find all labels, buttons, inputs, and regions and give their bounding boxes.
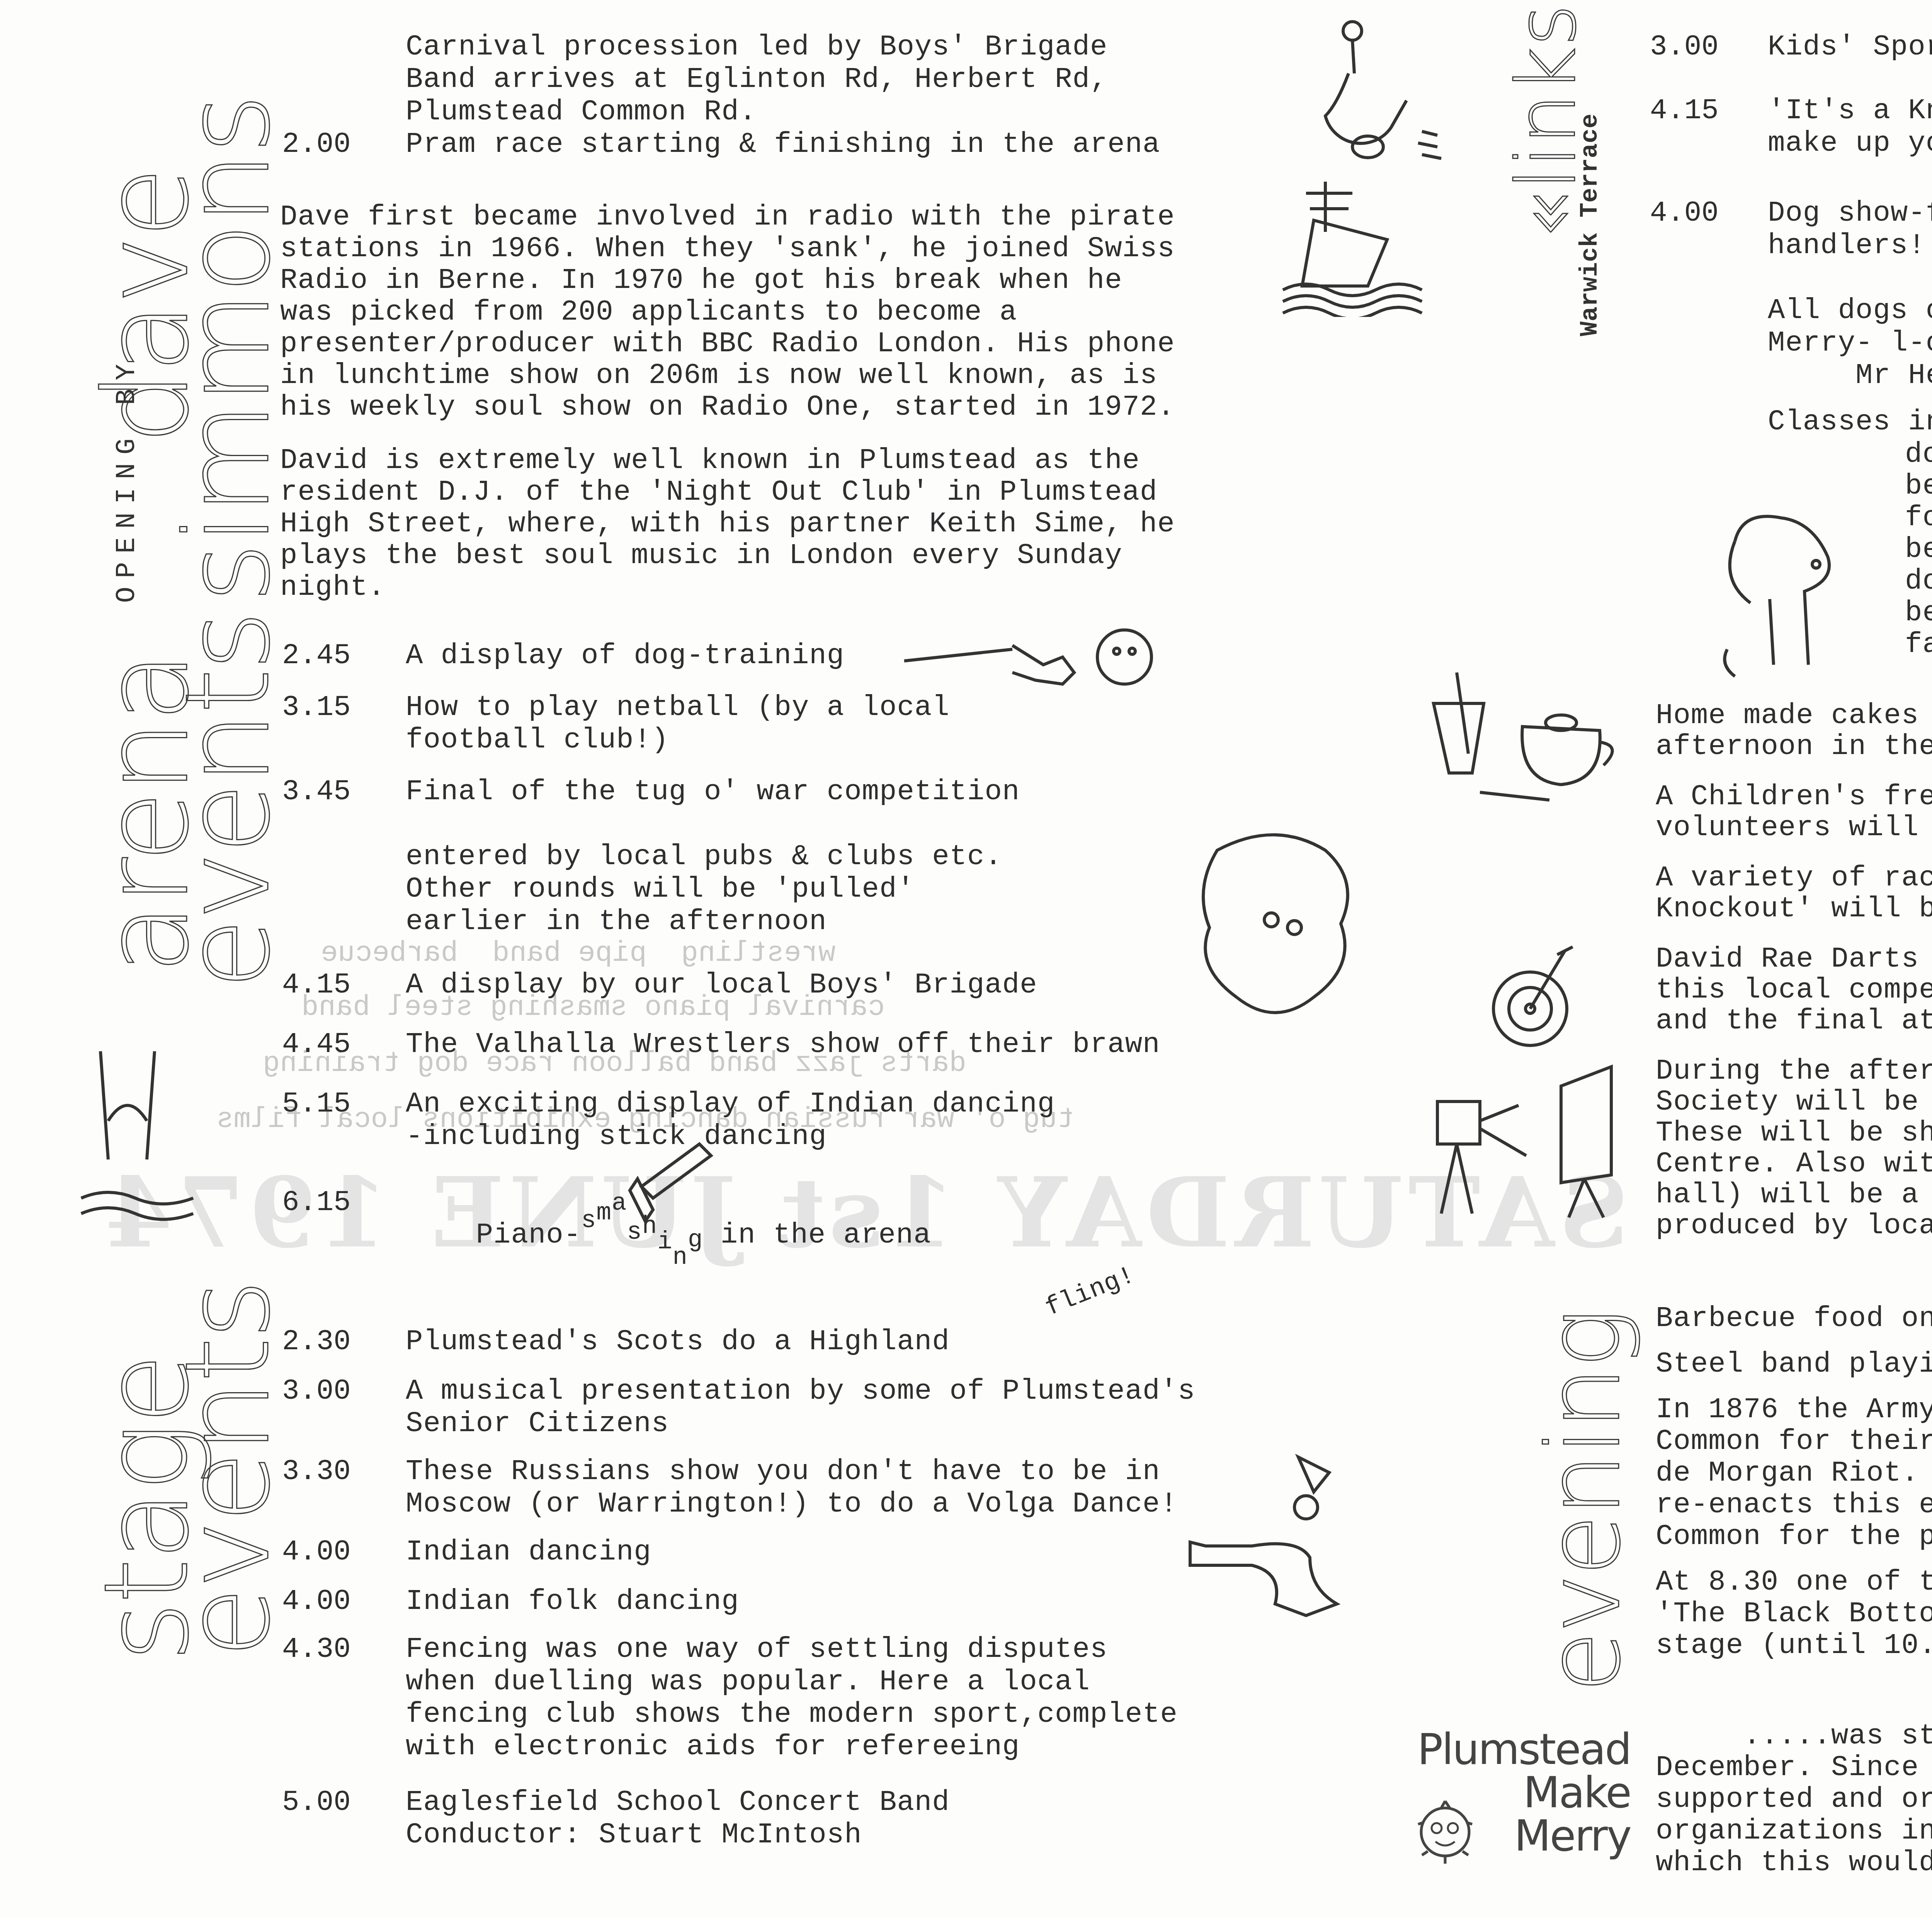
- programme-page: wrestling pipe band barbecue carnival pi…: [0, 0, 1932, 1917]
- paragraph-line: dog with waggiest tail: [1905, 438, 1932, 471]
- event-time: 3.15: [282, 691, 351, 724]
- dog-training-doodle-icon: [896, 603, 1175, 703]
- evening-line: Barbecue food on sale from 7.00: [1656, 1302, 1932, 1335]
- tea-cakes-doodle-icon: [1422, 657, 1623, 812]
- notice-line: David Rae Darts Competition. The semi-fi…: [1656, 943, 1932, 976]
- event-text: A musical presentation by some of Plumst…: [406, 1375, 1195, 1408]
- show-through-line: wrestling pipe band barbecue: [321, 937, 835, 970]
- event-text: An exciting display of Indian dancing: [406, 1088, 1055, 1120]
- poodle-doodle-icon: [1712, 502, 1866, 688]
- event-text: Dog show-for those not so serious dog: [1768, 197, 1932, 230]
- event-text: Senior Citizens: [406, 1408, 669, 1440]
- notice-line: During the afternoon, the Shooters Hill …: [1656, 1055, 1932, 1088]
- paragraph-line: supported and organized by about 80: [1656, 1783, 1932, 1816]
- notice-line: Centre. Also within the school (the larg…: [1656, 1148, 1932, 1180]
- paragraph-line: High Street, where, with his partner Kei…: [280, 508, 1175, 540]
- paragraph-line: organizations in and around Plumstead wi…: [1656, 1815, 1932, 1847]
- event-time: 4.45: [282, 1028, 351, 1061]
- event-text: Merry- l-o-n-g, short, HAIRY, Pedigree o…: [1768, 327, 1932, 359]
- event-text: Final of the tug o' war competition: [406, 776, 1020, 808]
- event-text: These Russians show you don't have to be…: [406, 1456, 1160, 1488]
- event-text: A display of dog-training: [406, 640, 844, 672]
- event-text: 'It's a Knockout' (for over 12s)-: [1768, 95, 1932, 127]
- smashing-letter: s: [581, 1207, 596, 1235]
- notice-line: A variety of races for the Under-12's, a…: [1656, 862, 1932, 894]
- event-time: 6.15: [282, 1187, 351, 1219]
- event-time: 5.15: [282, 1088, 351, 1120]
- paragraph-line: best veteran over 8yrs (sausages: [1905, 470, 1932, 502]
- event-time: 4.15: [282, 969, 351, 1001]
- links-location: Warwick Terrace: [1577, 114, 1604, 336]
- event-text: handlers! Judge:Mrs Wyn Mahoney: [1768, 230, 1932, 262]
- notice-line: Home made cakes and tea will be availabl…: [1656, 700, 1932, 732]
- notice-line: Knockout' will be put on in the same are…: [1656, 893, 1932, 925]
- event-time: 4.00: [1650, 197, 1719, 230]
- paragraph-line: was picked from 200 applicants to become…: [280, 296, 1017, 329]
- evening-line: At 8.30 one of the country's top jazz ba…: [1656, 1566, 1932, 1599]
- paragraph-line: fancy dress for dogs & young owners: [1905, 628, 1932, 661]
- event-time: 4.15: [1650, 95, 1719, 127]
- event-time: 4.00: [282, 1536, 351, 1568]
- evening-heading: evening: [1534, 1310, 1634, 1693]
- sinking-ship-doodle-icon: [1275, 162, 1445, 317]
- evening-line: re-enacts this event, which probably sav…: [1656, 1489, 1932, 1521]
- event-time: 2.00: [282, 128, 351, 161]
- paragraph-line: Dave first became involved in radio with…: [280, 201, 1175, 233]
- event-time: 3.45: [282, 776, 351, 808]
- event-time: 4.30: [282, 1633, 351, 1666]
- event-text: How to play netball (by a local: [406, 691, 950, 724]
- event-text: Mr Heinz (57 varieties)!: [1768, 359, 1932, 392]
- paragraph-line: dog judge would most like to take home: [1905, 565, 1932, 598]
- stage-events-heading: events: [170, 1281, 286, 1658]
- notice-line: this local competition will be held at 3…: [1656, 974, 1932, 1006]
- event-text: The Valhalla Wrestlers show off their br…: [406, 1028, 1160, 1061]
- evening-line: 'The Black Bottom Stompers' perform live…: [1656, 1598, 1932, 1630]
- event-text: Fencing was one way of settling disputes: [406, 1633, 1107, 1666]
- evening-line: stage (until 10.30): [1656, 1629, 1932, 1662]
- notice-line: These will be shown in Plumstead Manor Y…: [1656, 1117, 1932, 1149]
- dartboard-icon: [1488, 939, 1580, 1055]
- opening-name-last: simmons: [170, 96, 286, 603]
- event-text: Pram race starting & finishing in the ar…: [406, 128, 1160, 161]
- event-text: Indian folk dancing: [406, 1585, 739, 1618]
- notice-line: volunteers will be available all afterno…: [1656, 812, 1932, 844]
- intro-line: Band arrives at Eglinton Rd, Herbert Rd,: [406, 63, 1107, 96]
- notice-line: and the final at 6.00: [1656, 1005, 1932, 1037]
- paragraph-line: night.: [280, 571, 385, 604]
- paragraph-line: which this would never have been possibl…: [1656, 1847, 1932, 1879]
- paragraph-line: his weekly soul show on Radio One, start…: [280, 391, 1175, 424]
- event-time: 4.00: [282, 1585, 351, 1618]
- event-text: entered by local pubs & clubs etc.: [406, 841, 1002, 873]
- paragraph-line: best child handler (sweets all round): [1905, 533, 1932, 566]
- logo-line: Plumstead: [1406, 1728, 1631, 1771]
- evening-line: Common for the people of Plumstead: [1656, 1520, 1932, 1553]
- event-text: make up your own team on the spot!: [1768, 127, 1932, 160]
- classes-label: Classes include:: [1768, 406, 1932, 438]
- event-time: 3.00: [282, 1375, 351, 1408]
- notice-line: afternoon in the refeshment tent: [1656, 730, 1932, 763]
- hammer-icon: [611, 1132, 726, 1233]
- paragraph-line: in lunchtime show on 206m is now well kn…: [280, 359, 1157, 392]
- stick-dancers-doodle-icon: [77, 1044, 263, 1229]
- event-text: All dogs over 6 months are welcome to Ma…: [1768, 295, 1932, 327]
- pram-race-doodle-icon: [1291, 15, 1453, 162]
- paragraph-line: David is extremely well known in Plumste…: [280, 444, 1140, 477]
- intro-line: Plumstead Common Rd.: [406, 96, 757, 128]
- event-text: Eaglesfield School Concert Band: [406, 1786, 950, 1819]
- event-time: 2.30: [282, 1326, 351, 1358]
- smashing-letter: n: [673, 1244, 688, 1272]
- evening-line: de Morgan Riot. At 7.30 Greenwich Young …: [1656, 1457, 1932, 1490]
- event-text: with electronic aids for refereeing: [406, 1731, 1020, 1763]
- paragraph-line: presenter/producer with BBC Radio London…: [280, 328, 1175, 360]
- event-time: 2.45: [282, 640, 351, 672]
- evening-line: In 1876 the Army tried to enclose part o…: [1656, 1394, 1932, 1426]
- smashing-letter: m: [597, 1199, 612, 1227]
- event-text: Other rounds will be 'pulled': [406, 873, 915, 906]
- notice-line: produced by local schools & organization…: [1656, 1210, 1932, 1242]
- paragraph-line: December. Since then it has become an ev…: [1656, 1752, 1932, 1784]
- event-text: A display by our local Boys' Brigade: [406, 969, 1037, 1001]
- event-text: fencing club shows the modern sport,comp…: [406, 1698, 1178, 1731]
- event-time: 3.30: [282, 1456, 351, 1488]
- event-time: 5.00: [282, 1786, 351, 1819]
- event-text: Indian dancing: [406, 1536, 651, 1568]
- event-text: Moscow (or Warrington!) to do a Volga Da…: [406, 1488, 1178, 1520]
- sun-icon: [1406, 1793, 1484, 1871]
- notice-line: A Children's free play area supervised b…: [1656, 781, 1932, 813]
- piano-suffix: in the arena: [721, 1219, 931, 1251]
- events-heading: events: [170, 613, 286, 989]
- evening-line: Steel band playing on stage from 6.00: [1656, 1348, 1932, 1381]
- paragraph-line: for winners): [1905, 502, 1932, 534]
- paragraph-line: Radio in Berne. In 1970 he got his break…: [280, 264, 1122, 297]
- intro-line: Carnival procession led by Boys' Brigade: [406, 31, 1107, 63]
- paragraph-line: .....was started at a public meeting las…: [1656, 1720, 1932, 1752]
- event-text: Conductor: Stuart McIntosh: [406, 1819, 862, 1851]
- cine-projector-doodle-icon: [1430, 1059, 1646, 1221]
- event-text: earlier in the afternoon: [406, 906, 827, 938]
- event-text: when duelling was popular. Here a local: [406, 1666, 1090, 1698]
- paragraph-line: best local dog: [1905, 597, 1932, 629]
- paragraph-line: resident D.J. of the 'Night Out Club' in…: [280, 476, 1157, 509]
- evening-line: Common for their own use. The result was…: [1656, 1425, 1932, 1458]
- paragraph-line: stations in 1966. When they 'sank', he j…: [280, 233, 1175, 265]
- event-text: football club!): [406, 724, 669, 756]
- notice-line: Society will be showing films made in th…: [1656, 1086, 1932, 1119]
- notice-line: hall) will be a great variety of art & h…: [1656, 1179, 1932, 1211]
- volga-dancer-doodle-icon: [1182, 1449, 1345, 1619]
- event-text: Plumstead's Scots do a Highland: [406, 1326, 950, 1358]
- event-text: Kids' Sports: [1768, 31, 1932, 63]
- wrestlers-doodle-icon: [1179, 812, 1372, 1044]
- paragraph-line: plays the best soul music in London ever…: [280, 540, 1122, 572]
- event-time: 3.00: [1650, 31, 1719, 63]
- event-text: (National judge): [1768, 262, 1932, 295]
- piano-prefix: Piano-: [476, 1219, 581, 1251]
